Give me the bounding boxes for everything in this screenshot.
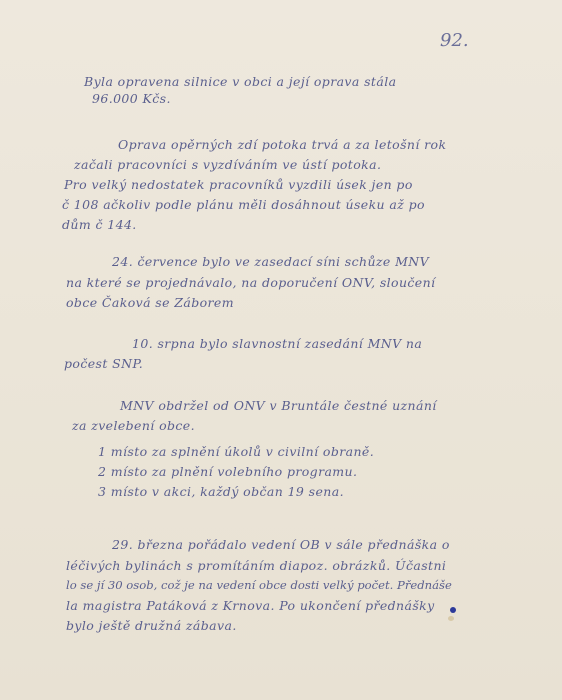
text-line: za zvelebení obce. [72,418,195,433]
text-line: 29. března pořádalo vedení OB v sále pře… [112,537,450,552]
text-line: začali pracovníci s vyzdíváním ve ústí p… [74,157,381,172]
text-line: na které se projednávalo, na doporučení … [66,275,435,290]
text-line: 10. srpna bylo slavnostní zasedání MNV n… [132,336,422,351]
text-line: Oprava opěrných zdí potoka trvá a za let… [118,137,446,152]
text-line: obce Čaková se Záborem [66,295,234,310]
text-line: la magistra Patáková z Krnova. Po ukonče… [66,598,435,613]
text-line: 96.000 Kčs. [92,91,171,106]
ink-blot [450,607,456,613]
list-item: 1 místo za splnění úkolů v civilní obran… [98,444,374,459]
paper-stain [448,616,454,621]
text-line: MNV obdržel od ONV v Bruntále čestné uzn… [120,398,437,413]
list-item: 2 místo za plnění volebního programu. [98,464,357,479]
list-item: 3 místo v akci, každý občan 19 sena. [98,484,344,499]
text-line: lo se jí 30 osob, což je na vedení obce … [66,578,452,592]
text-line: č 108 ačkoliv podle plánu měli dosáhnout… [62,197,425,212]
handwritten-page: 92. Byla opravena silnice v obci a její … [0,0,562,700]
text-line: Byla opravena silnice v obci a její opra… [84,74,396,89]
text-line: počest SNP. [64,356,143,371]
text-line: léčivých bylinách s promítáním diapoz. o… [66,558,446,573]
text-line: 24. července bylo ve zasedací síni schůz… [112,254,429,269]
text-line: Pro velký nedostatek pracovníků vyzdili … [64,177,413,192]
page-number: 92. [440,30,469,51]
text-line: dům č 144. [62,217,137,232]
text-line: bylo ještě družná zábava. [66,618,237,633]
